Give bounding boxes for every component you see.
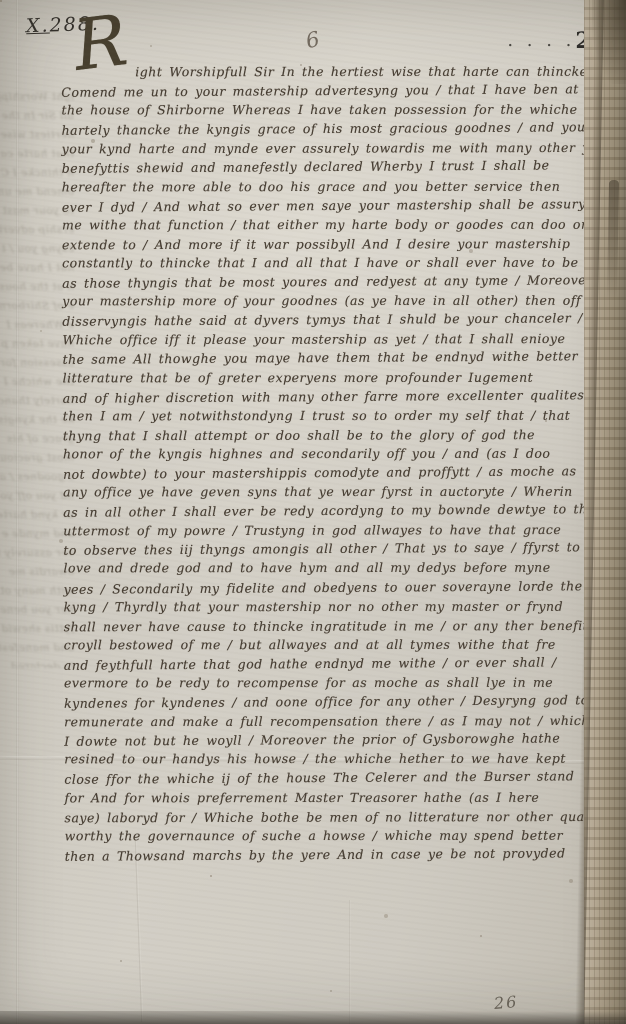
fold-crease-vertical [135, 840, 143, 1022]
manuscript-line: for And for whois preferrement Master Tr… [64, 787, 592, 807]
manuscript-line: the same All thowghe you maye have them … [62, 347, 590, 370]
manuscript-line: worthy the governaunce of suche a howse … [65, 825, 593, 845]
manuscript-line: Comend me un to your mastership advertes… [61, 79, 589, 102]
manuscript-line: shall never have cause to thincke ingrat… [64, 616, 592, 636]
manuscript-line: and of higher discretion with many other… [63, 385, 591, 408]
manuscript-line: any office ye have geven syns that ye we… [63, 482, 591, 502]
manuscript-photo: ight Worshipfull Sir In the hertiest wis… [0, 0, 626, 1024]
manuscript-line: kyng / Thyrdly that your mastership nor … [64, 596, 592, 616]
fold-crease-vertical [349, 900, 351, 1024]
manuscript-line: croyll bestowed of me / but allwayes and… [64, 634, 592, 654]
manuscript-line: benefyttis shewid and manefestly declare… [62, 156, 590, 179]
manuscript-line: then I am / yet notwithstondyng I trust … [63, 405, 591, 425]
manuscript-line: as in all other I shall ever be redy aco… [63, 499, 591, 522]
scribal-flourish: 6 [304, 27, 322, 53]
manuscript-line: extende to / And more if it war possibyl… [62, 234, 590, 254]
manuscript-line: disservyngis hathe said at dyvers tymys … [62, 308, 590, 331]
manuscript-line: ight Worshipfull Sir In the hertiest wis… [61, 62, 589, 82]
manuscript-line: love and drede god and to have hym and a… [63, 558, 591, 578]
manuscript-line: hereafter the more able to doo his grace… [62, 176, 590, 196]
bottom-edge-shadow [0, 1011, 626, 1024]
manuscript-line: not dowbte) to your mastershippis comody… [63, 461, 591, 484]
manuscript-line: hartely thancke the kyngis grace of his … [61, 117, 589, 140]
manuscript-line: the house of Shirborne Whereas I have ta… [61, 100, 589, 120]
manuscript-line: kyndenes for kyndenes / and oone office … [64, 690, 592, 713]
top-right-gap-shadow [592, 0, 626, 84]
page-edge-tear [607, 180, 619, 300]
manuscript-line: then a Thowsand marchs by the yere And i… [65, 843, 593, 866]
manuscript-line: yees / Secondarily my fidelite and obedy… [63, 576, 591, 599]
manuscript-line: thyng that I shall attempt or doo shall … [63, 425, 591, 445]
manuscript-line: litterature that be of greter experyens … [63, 367, 591, 387]
manuscript-line: I dowte not but he woyll / Moreover the … [64, 728, 592, 751]
manuscript-line: me withe that function / that either my … [62, 214, 590, 234]
manuscript-line: close ffor the whiche ij of the house Th… [64, 767, 592, 790]
manuscript-page: ight Worshipfull Sir In the hertiest wis… [0, 0, 626, 1024]
manuscript-line: honor of the kyngis highnes and secondar… [63, 444, 591, 464]
manuscript-line: your mastership more of your goodnes (as… [62, 291, 590, 311]
manuscript-line: constantly to thincke that I and all tha… [62, 253, 590, 273]
manuscript-line: as those thyngis that be most youres and… [62, 270, 590, 293]
manuscript-line: and feythfull harte that god hathe endny… [64, 652, 592, 675]
manuscript-line: ever I dyd / And what so ever men saye y… [62, 194, 590, 217]
manuscript-line: evermore to be redy to recompense for as… [64, 673, 592, 693]
folio-dots: . . . . [507, 32, 575, 52]
foxing-spots [0, 0, 2, 2]
manuscript-text: ight Worshipfull Sir In the hertiest wis… [61, 61, 592, 865]
pencil-page-number: 26 [493, 992, 519, 1013]
manuscript-line: saye) laboryd for / Whiche bothe be men … [65, 807, 593, 827]
